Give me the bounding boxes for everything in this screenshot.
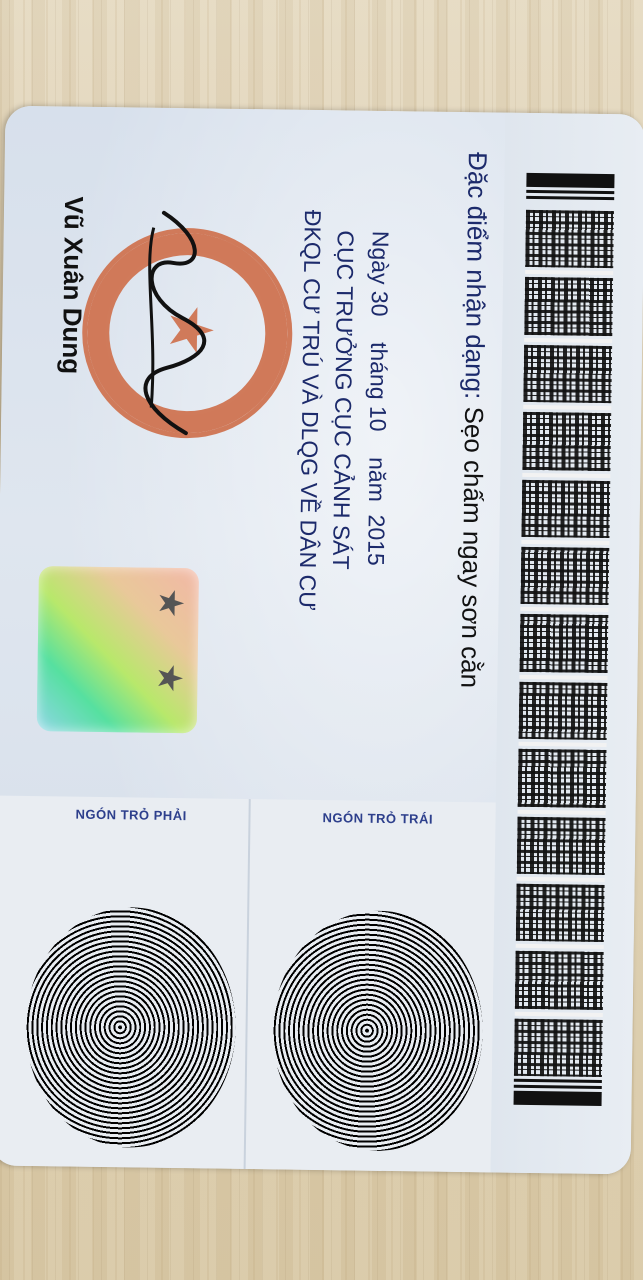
star-icon: ★ [149, 663, 189, 694]
signer-name: Vũ Xuân Dung [56, 196, 89, 374]
issue-date: Ngày 30 tháng 10 năm 2015 [362, 231, 394, 566]
identifying-features-label: Đặc điểm nhận dạng: [459, 152, 492, 400]
left-index-finger-label: NGÓN TRỎ TRÁI [260, 809, 495, 827]
star-icon: ★ [150, 588, 190, 619]
barcode-strip [491, 113, 643, 1175]
right-index-finger-cell: NGÓN TRỎ PHẢI [9, 796, 251, 1169]
signature [131, 207, 214, 438]
right-index-finger-label: NGÓN TRỎ PHẢI [13, 806, 248, 824]
id-card-back: Đặc điểm nhận dạng: Sẹo chấm ngay sơn cằ… [0, 106, 643, 1175]
fingerprint-icon [271, 909, 484, 1152]
fingerprint-icon [24, 906, 237, 1149]
pdf417-barcode [513, 173, 614, 1114]
issuer-title-line1: CỤC TRƯỞNG CỤC CẢNH SÁT [327, 230, 359, 570]
security-hologram: ★ ★ [37, 566, 199, 733]
barcode-start-guard [526, 173, 614, 208]
identifying-features: Đặc điểm nhận dạng: Sẹo chấm ngay sơn cằ… [454, 152, 492, 688]
identifying-features-value: Sẹo chấm ngay sơn cằn [455, 406, 489, 688]
left-index-finger-cell: NGÓN TRỎ TRÁI [256, 799, 496, 1172]
issuer-title-line2: ĐKQL CƯ TRÚ VÀ DLQG VỀ DÂN CƯ [293, 210, 326, 611]
barcode-stop-guard [513, 1079, 601, 1114]
fingerprint-panel: NGÓN TRỎ TRÁI NGÓN TRỎ PHẢI [0, 796, 496, 1173]
